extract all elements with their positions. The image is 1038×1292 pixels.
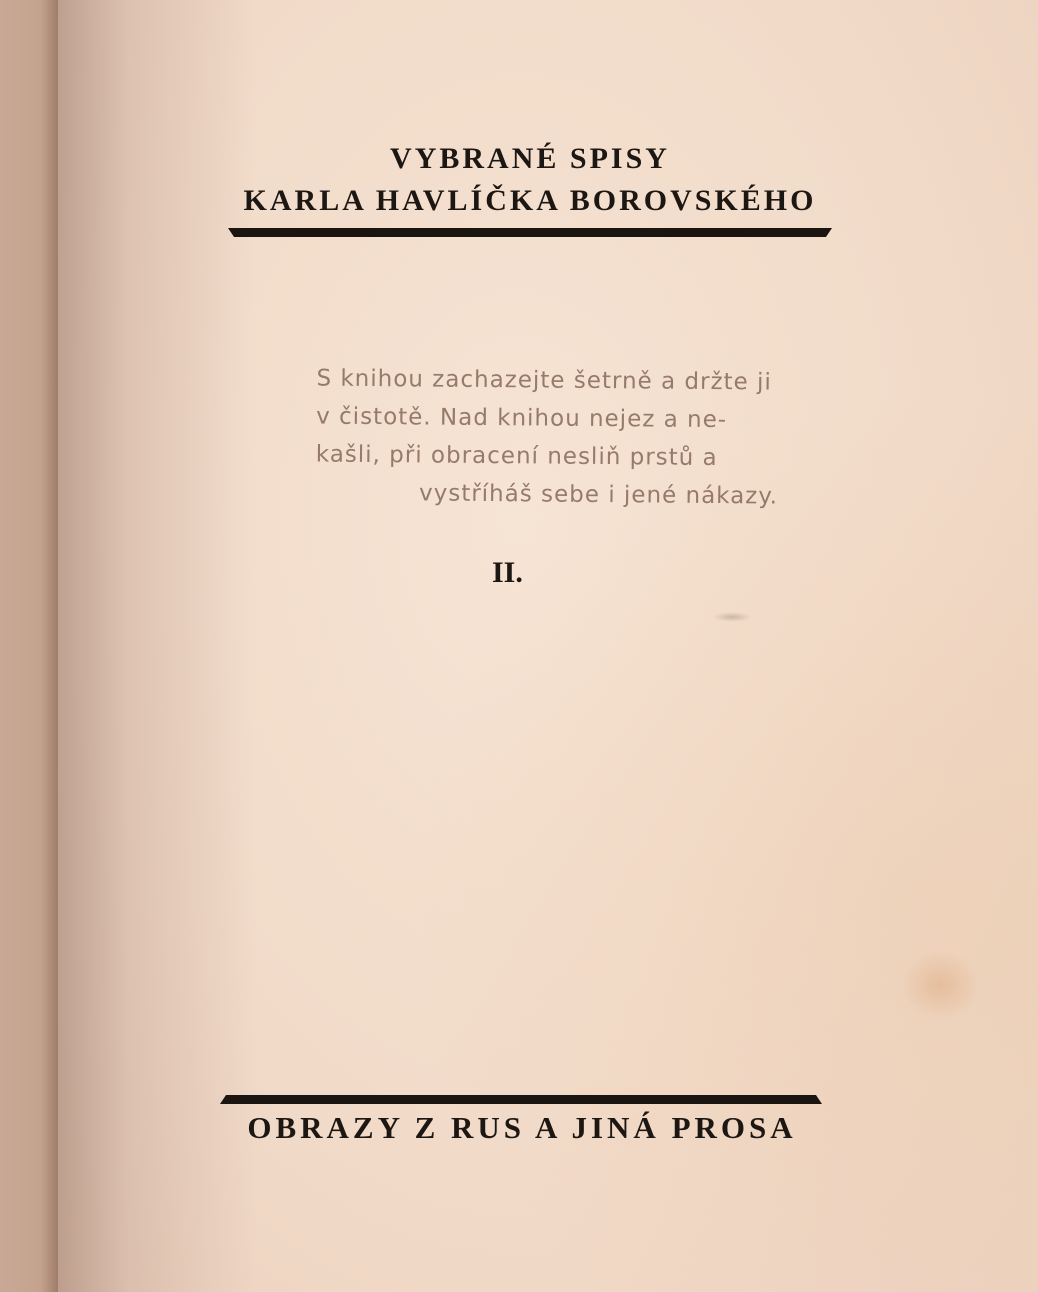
stamp-line-2: v čistotě. Nad knihou nejez a ne- bbox=[316, 398, 882, 441]
library-stamp: S knihou zachazejte šetrně a držte ji v … bbox=[315, 360, 882, 517]
stamp-line-1: S knihou zachazejte šetrně a držte ji bbox=[316, 360, 882, 403]
volume-title: OBRAZY Z RUS A JINÁ PROSA bbox=[216, 1110, 828, 1146]
series-title-line-1: VYBRANÉ SPISY bbox=[220, 142, 840, 176]
title-page: VYBRANÉ SPISY KARLA HAVLÍČKA BOROVSKÉHO … bbox=[0, 0, 1038, 1292]
stamp-line-3: kašli, při obracení nesliň prstů a bbox=[316, 436, 882, 479]
volume-number: II. bbox=[492, 556, 523, 590]
bottom-rule-divider bbox=[220, 1095, 822, 1104]
stamp-line-4: vystříháš sebe i jené nákazy. bbox=[315, 474, 881, 517]
book-spine-edge bbox=[0, 0, 58, 1292]
top-rule-divider bbox=[228, 228, 832, 237]
series-title-line-2: KARLA HAVLÍČKA BOROVSKÉHO bbox=[220, 184, 840, 218]
foxing-stain bbox=[900, 950, 980, 1020]
ink-smudge bbox=[712, 612, 752, 622]
